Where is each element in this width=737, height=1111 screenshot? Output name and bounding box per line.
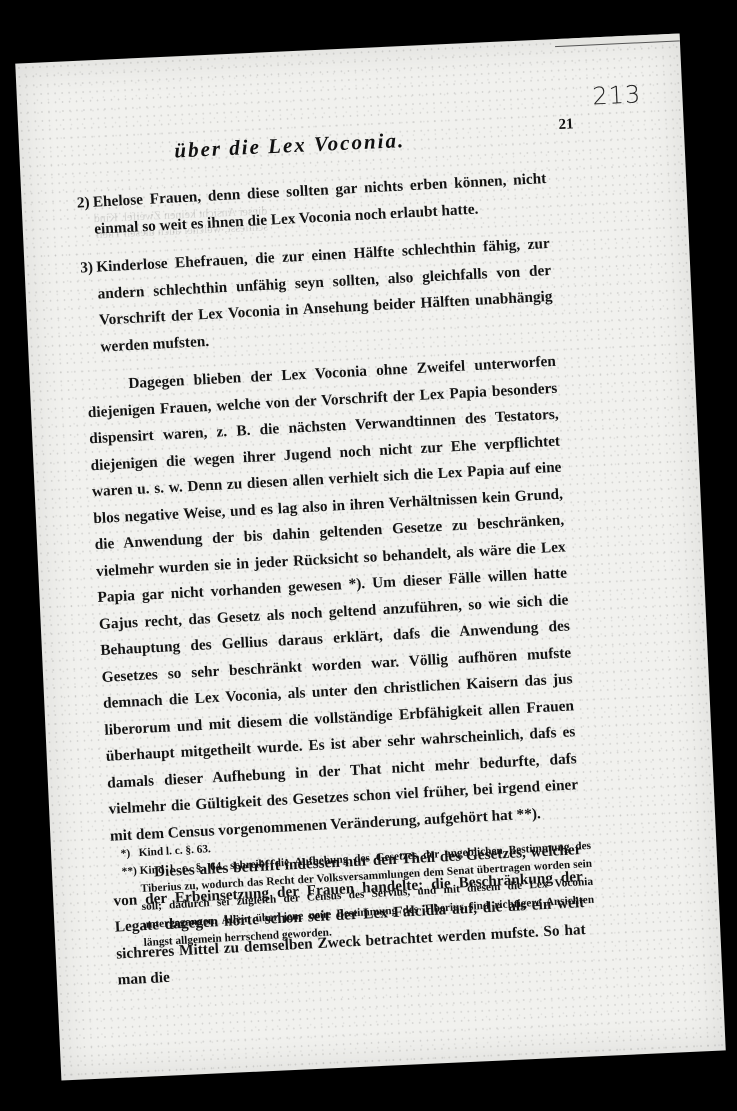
scanned-page: 213 dieser Ansicht keinen Zweifel. Kind … bbox=[15, 33, 725, 1080]
item-text: Ehelose Frauen, denn diese sollten gar n… bbox=[92, 166, 548, 243]
folded-corner bbox=[555, 33, 680, 47]
footnote-mark: *) bbox=[120, 844, 139, 863]
list-item: 2) Ehelose Frauen, denn diese sollten ga… bbox=[76, 166, 548, 244]
handwritten-folio-number: 213 bbox=[592, 80, 642, 110]
list-item: 3) Kinderlose Ehefrauen, die zur einen H… bbox=[80, 231, 555, 361]
page-number: 21 bbox=[558, 116, 574, 134]
running-title: über die Lex Voconia. bbox=[174, 128, 406, 163]
item-text: Kinderlose Ehefrauen, die zur einen Hälf… bbox=[96, 231, 555, 361]
paragraph: Dagegen blieben der Lex Voconia ohne Zwe… bbox=[86, 349, 580, 850]
page-header: über die Lex Voconia. 21 bbox=[174, 120, 575, 168]
